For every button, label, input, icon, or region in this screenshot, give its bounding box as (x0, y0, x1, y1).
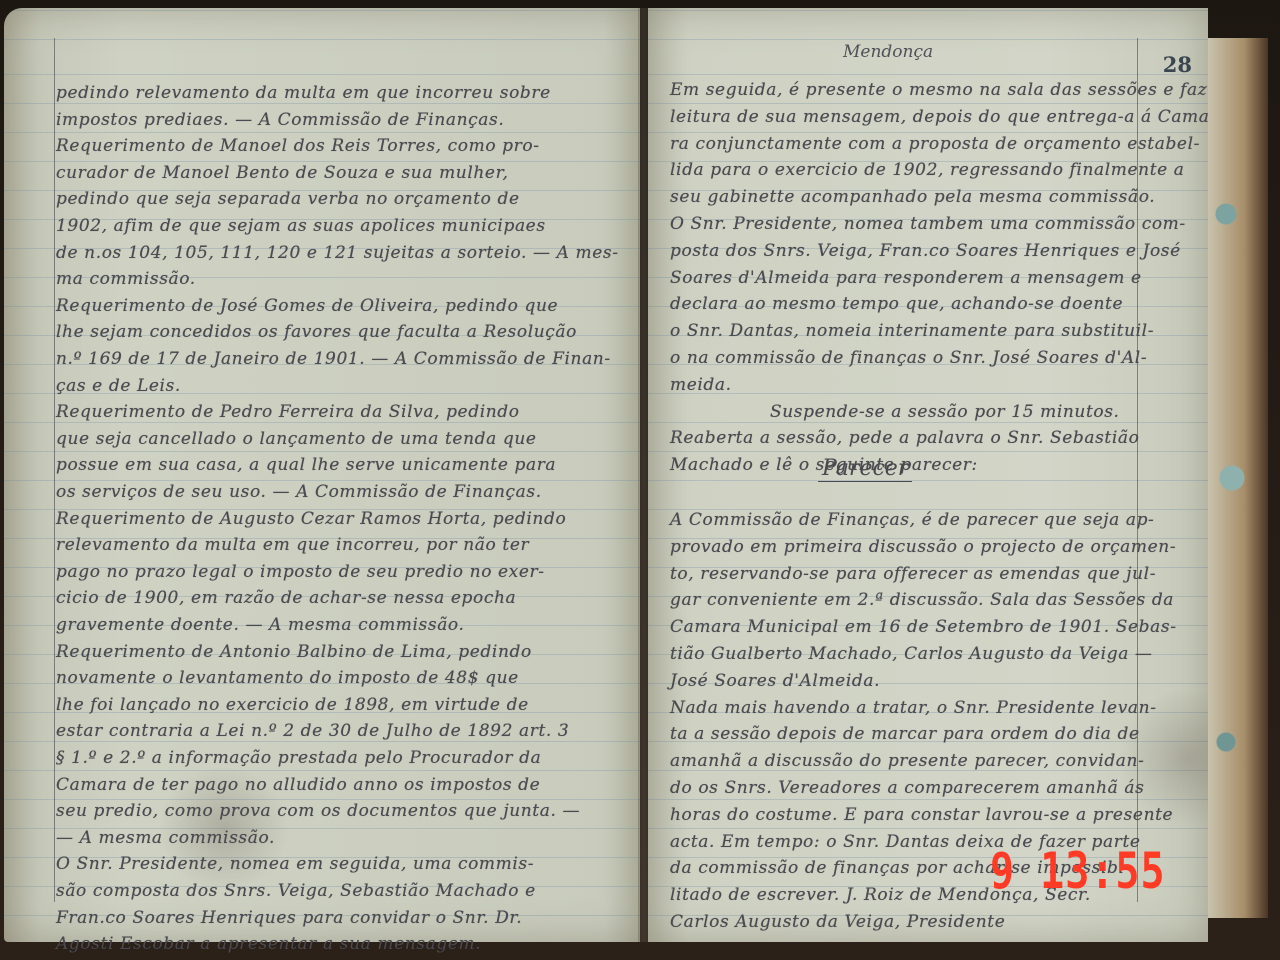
handwritten-line: meida. (670, 375, 732, 395)
handwritten-line: tião Gualberto Machado, Carlos Augusto d… (670, 644, 1153, 664)
handwritten-line: A Commissão de Finanças, é de parecer qu… (670, 510, 1154, 530)
handwritten-line: Fran.co Soares Henriques para convidar o… (56, 908, 522, 928)
handwritten-line: posta dos Snrs. Veiga, Fran.co Soares He… (670, 241, 1181, 261)
handwritten-line: ma commissão. (56, 269, 196, 289)
open-ledger: pedindo relevamento da multa em que inco… (4, 8, 1260, 942)
handwritten-line: novamente o levantamento do imposto de 4… (56, 668, 519, 688)
handwritten-line: Carlos Augusto da Veiga, Presidente (670, 912, 1005, 932)
handwritten-line: lida para o exercicio de 1902, regressan… (670, 160, 1185, 180)
handwritten-line: Machado e lê o seguinte parecer: (670, 455, 978, 475)
handwritten-line: impostos prediaes. — A Commissão de Fina… (56, 110, 504, 130)
handwritten-line: O Snr. Presidente, nomea em seguida, uma… (56, 854, 534, 874)
handwritten-line: horas do costume. E para constar lavrou-… (670, 805, 1173, 825)
handwritten-line: gar conveniente em 2.ª discussão. Sala d… (670, 590, 1174, 610)
handwritten-line: O Snr. Presidente, nomea tambem uma comm… (670, 214, 1186, 234)
handwritten-line: Requerimento de Augusto Cezar Ramos Hort… (56, 509, 566, 529)
handwritten-line: Camara de ter pago no alludido anno os i… (56, 775, 540, 795)
camera-timestamp: 9 13:55 (990, 843, 1166, 901)
handwritten-line: são composta dos Snrs. Veiga, Sebastião … (56, 881, 536, 901)
handwritten-line: Nada mais havendo a tratar, o Snr. Presi… (670, 698, 1157, 718)
handwritten-line: pedindo relevamento da multa em que inco… (56, 83, 551, 103)
handwritten-line: seu gabinette acompanhado pela mesma com… (670, 187, 1155, 207)
handwritten-line: n.º 169 de 17 de Janeiro de 1901. — A Co… (56, 349, 611, 369)
handwritten-line: Soares d'Almeida para responderem a mens… (670, 268, 1142, 288)
handwritten-line: possue em sua casa, a qual lhe serve uni… (56, 455, 556, 475)
handwritten-line: amanhã a discussão do presente parecer, … (670, 751, 1144, 771)
handwritten-line: curador de Manoel Bento de Souza e sua m… (56, 163, 508, 183)
handwritten-line: Requerimento de José Gomes de Oliveira, … (56, 296, 558, 316)
handwritten-line: pedindo que seja separada verba no orçam… (56, 189, 520, 209)
left-margin-rule (54, 38, 55, 902)
handwritten-line: o na commissão de finanças o Snr. José S… (670, 348, 1147, 368)
handwritten-line: estar contraria a Lei n.º 2 de 30 de Jul… (56, 721, 569, 741)
handwritten-line: § 1.º e 2.º a informação prestada pelo P… (56, 748, 541, 768)
handwritten-line: leitura de sua mensagem, depois do que e… (670, 107, 1216, 127)
handwritten-line: gravemente doente. — A mesma commissão. (56, 615, 464, 635)
handwritten-line: que seja cancellado o lançamento de uma … (56, 429, 537, 449)
handwritten-line: o Snr. Dantas, nomeia interinamente para… (670, 321, 1154, 341)
handwritten-line: Em seguida, é presente o mesmo na sala d… (670, 80, 1224, 100)
handwritten-line: ta a sessão depois de marcar para ordem … (670, 724, 1140, 744)
left-page: pedindo relevamento da multa em que inco… (4, 8, 640, 942)
handwritten-line: de n.os 104, 105, 111, 120 e 121 sujeita… (56, 243, 619, 263)
handwritten-line: José Soares d'Almeida. (670, 671, 880, 691)
handwritten-line: declara ao mesmo tempo que, achando-se d… (670, 294, 1123, 314)
handwritten-line: Suspende-se a sessão por 15 minutos. (770, 402, 1120, 422)
handwritten-line: do os Snrs. Vereadores a comparecerem am… (670, 778, 1144, 798)
page-number: 28 (1163, 52, 1192, 77)
handwritten-line: provado em primeira discussão o projecto… (670, 537, 1176, 557)
handwritten-line: os serviços de seu uso. — A Commissão de… (56, 482, 542, 502)
handwritten-line: Reaberta a sessão, pede a palavra o Snr.… (670, 428, 1139, 448)
handwritten-line: seu predio, como prova com os documentos… (56, 801, 580, 821)
handwritten-line: Requerimento de Pedro Ferreira da Silva,… (56, 402, 520, 422)
handwritten-line: cicio de 1900, em razão de achar-se ness… (56, 588, 516, 608)
handwritten-line: Agosti Escobar a apresentar a sua mensag… (56, 934, 481, 954)
right-page: Mendonça 28 Parecer Em seguida, é presen… (648, 8, 1208, 942)
handwritten-line: pago no prazo legal o imposto de seu pre… (56, 562, 545, 582)
handwritten-line: — A mesma commissão. (56, 828, 275, 848)
worn-cover-edge (1208, 38, 1268, 918)
handwritten-line: Requerimento de Antonio Balbino de Lima,… (56, 642, 532, 662)
handwritten-line: 1902, afim de que sejam as suas apolices… (56, 216, 546, 236)
handwritten-line: to, reservando-se para offerecer as emen… (670, 564, 1156, 584)
handwritten-line: ra conjunctamente com a proposta de orça… (670, 134, 1200, 154)
handwritten-line: lhe sejam concedidos os favores que facu… (56, 322, 577, 342)
handwritten-line: ças e de Leis. (56, 376, 181, 396)
handwritten-line: Camara Municipal em 16 de Setembro de 19… (670, 617, 1177, 637)
handwritten-line: Requerimento de Manoel dos Reis Torres, … (56, 136, 540, 156)
handwritten-line: lhe foi lançado no exercicio de 1898, em… (56, 695, 529, 715)
handwritten-line: relevamento da multa em que incorreu, po… (56, 535, 529, 555)
page-header-name: Mendonça (843, 42, 933, 62)
